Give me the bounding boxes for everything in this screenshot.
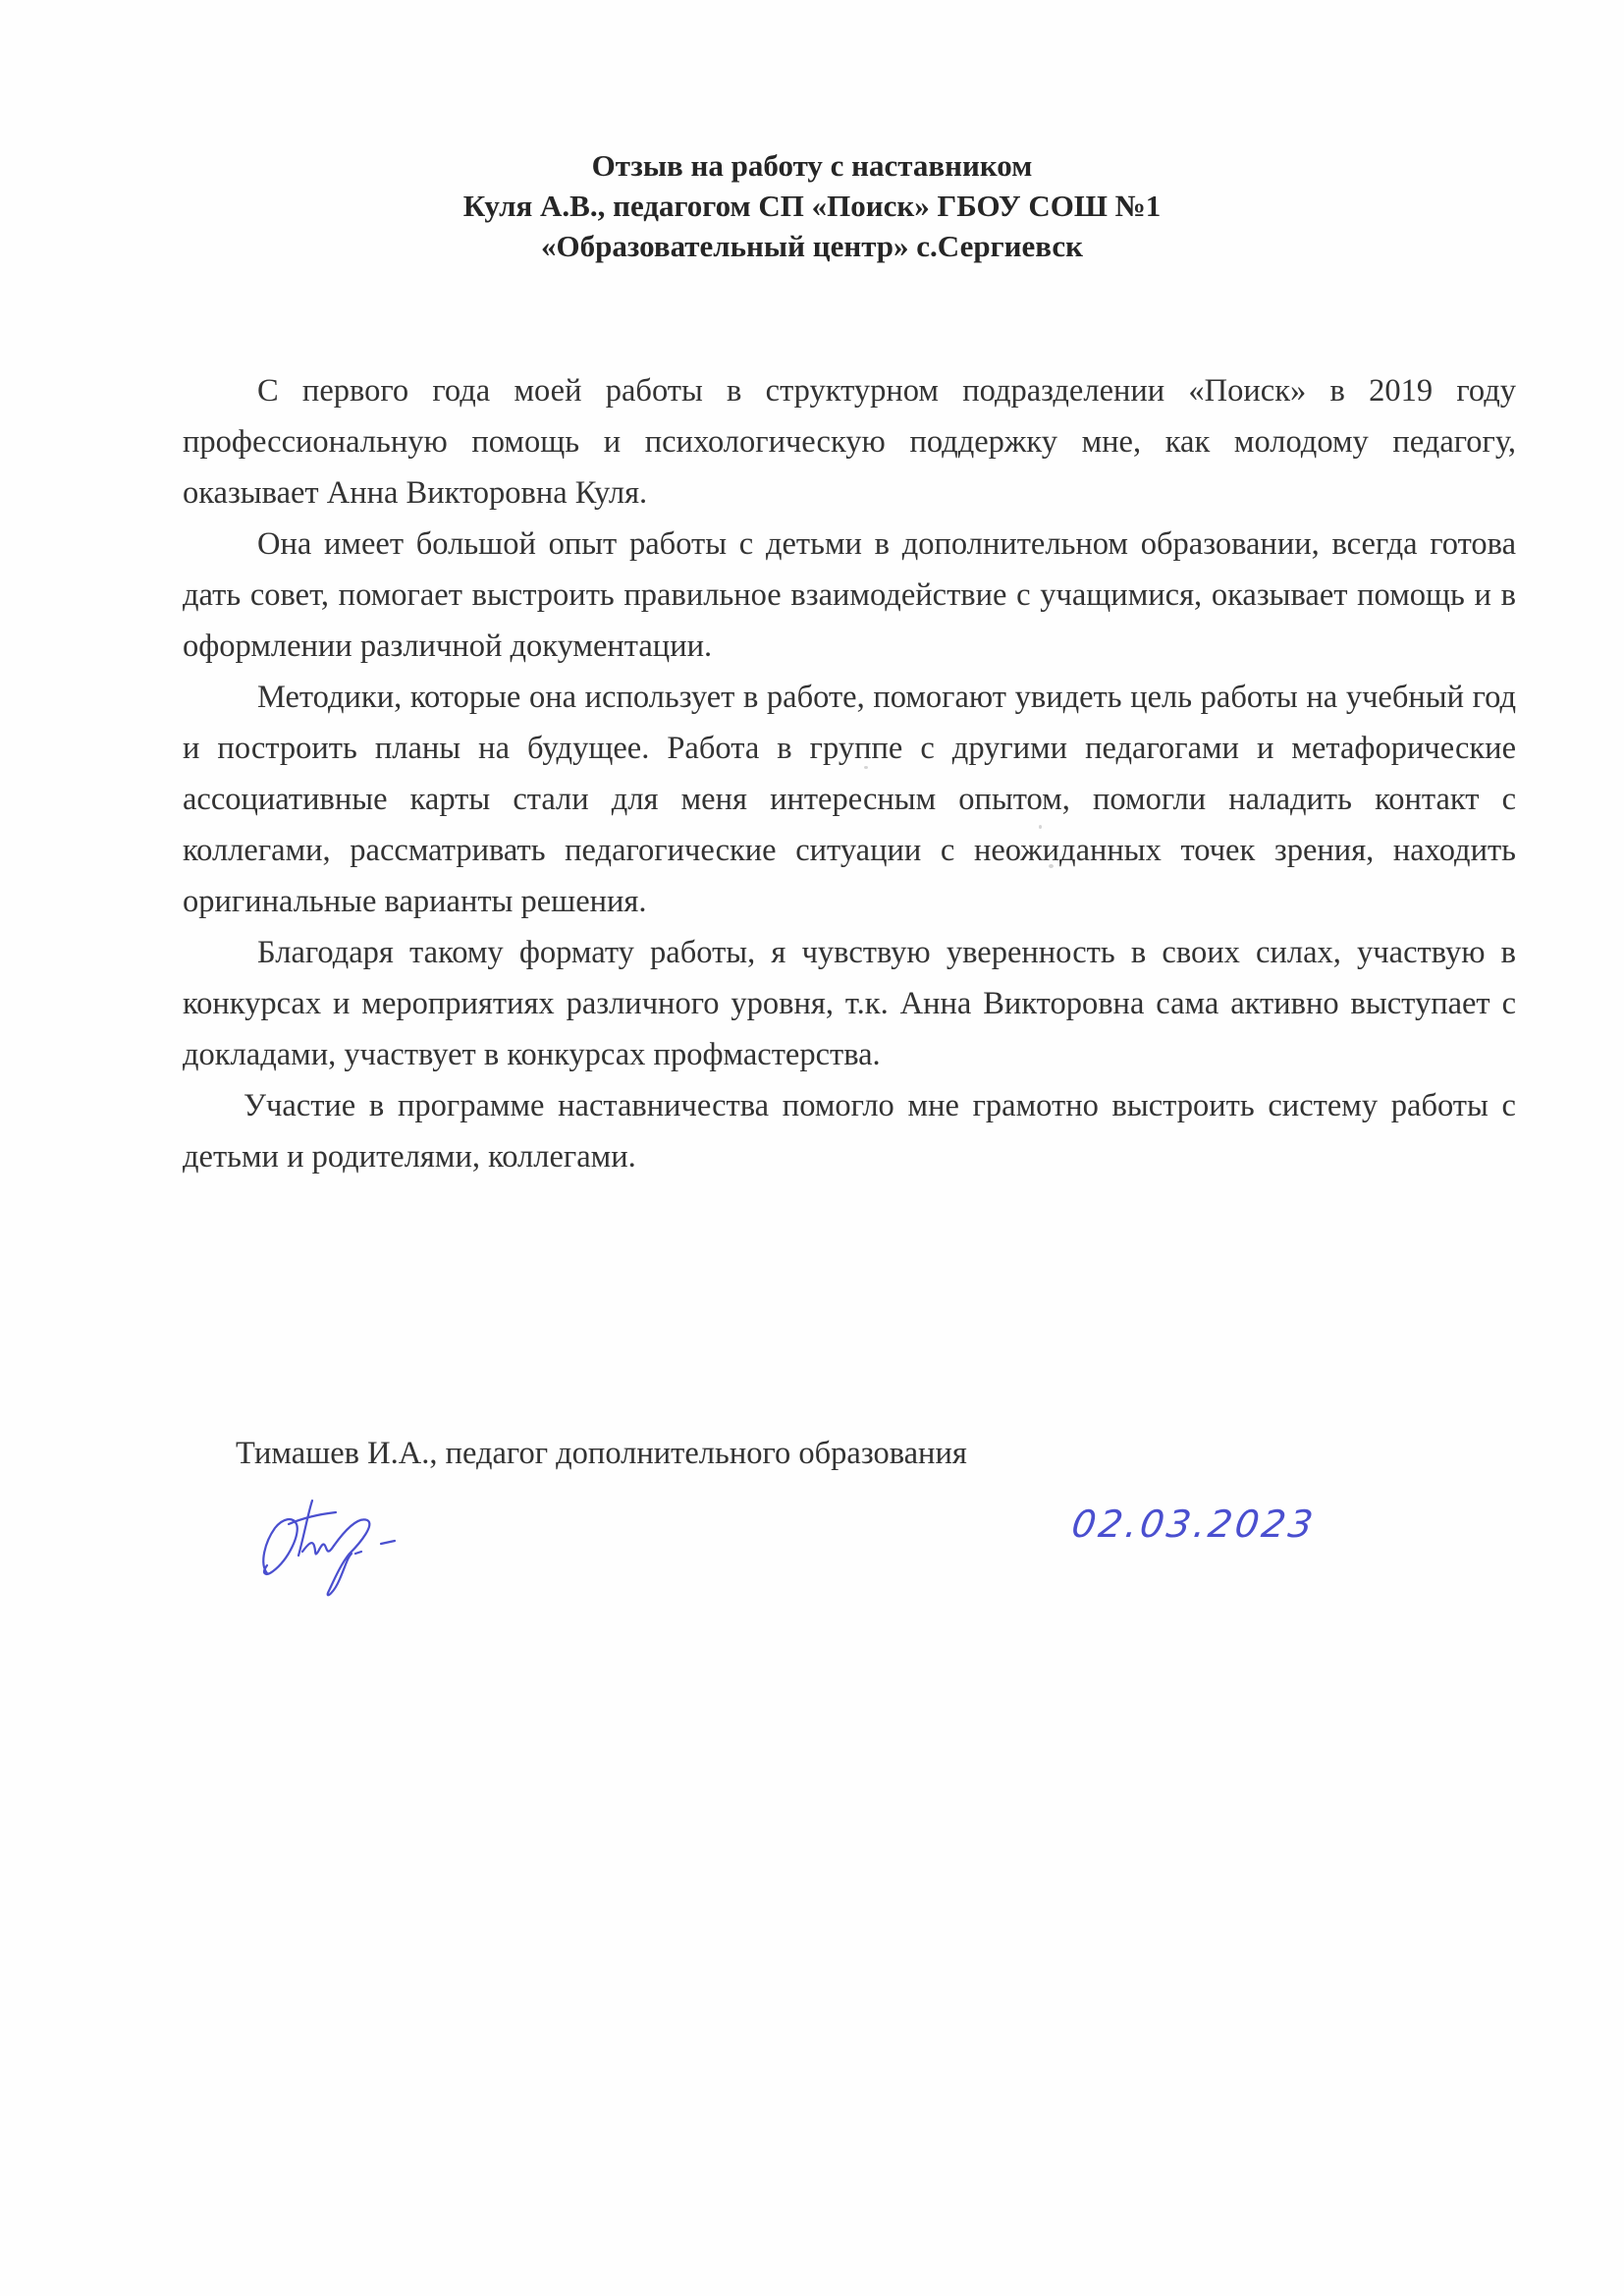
author-line: Тимашев И.А., педагог дополнительного об…: [236, 1434, 967, 1473]
scan-speck: [1039, 825, 1042, 829]
title-line-3: «Образовательный центр» с.Сергиевск: [0, 226, 1624, 266]
document-title: Отзыв на работу с наставником Куля А.В.,…: [0, 145, 1624, 266]
title-line-2: Куля А.В., педагогом СП «Поиск» ГБОУ СОШ…: [0, 186, 1624, 226]
document-body: С первого года моей работы в структурном…: [183, 365, 1516, 1182]
title-line-1: Отзыв на работу с наставником: [0, 145, 1624, 186]
paragraph-2: Она имеет большой опыт работы с детьми в…: [183, 519, 1516, 672]
document-page: Отзыв на работу с наставником Куля А.В.,…: [0, 0, 1624, 2296]
scan-speck: [864, 766, 868, 769]
signature-icon: [253, 1495, 410, 1608]
scan-speck: [1049, 864, 1054, 868]
paragraph-1: С первого года моей работы в структурном…: [183, 365, 1516, 519]
paragraph-4: Благодаря такому формату работы, я чувст…: [183, 927, 1516, 1080]
handwritten-date: 02.03.2023: [1069, 1503, 1319, 1546]
paragraph-3: Методики, которые она использует в работ…: [183, 672, 1516, 927]
paragraph-5: Участие в программе наставничества помог…: [183, 1080, 1516, 1182]
